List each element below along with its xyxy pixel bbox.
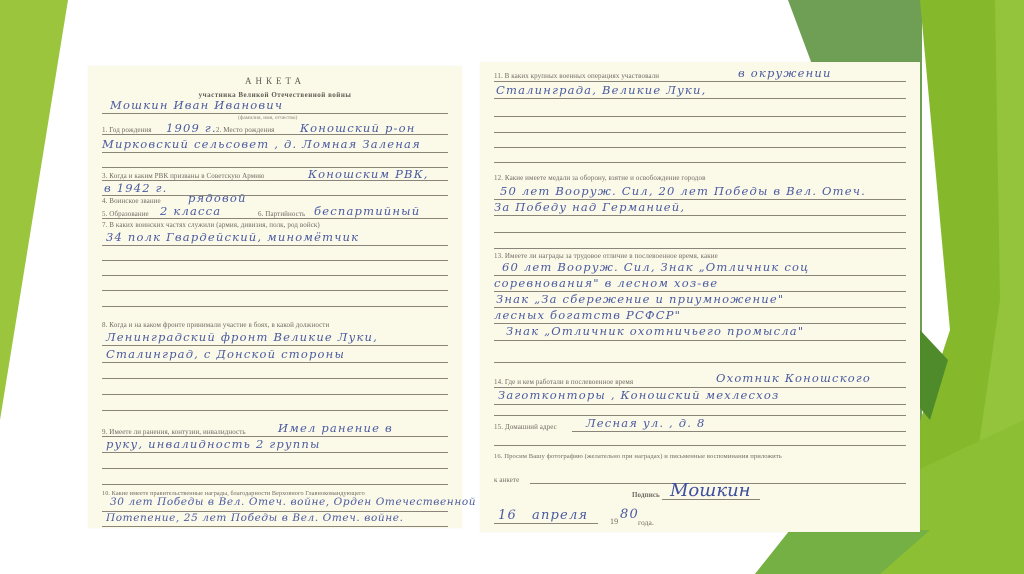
name-caption: (фамилия, имя, отчество) [238, 115, 297, 121]
rule [494, 523, 598, 524]
field-label-labor-awards: 13. Имеете ли награды за трудовое отличи… [494, 252, 718, 260]
date-suffix: года. [638, 518, 654, 527]
rule [494, 147, 906, 148]
rule [102, 290, 448, 291]
date-month: апреля [532, 508, 588, 523]
date-day: 16 [498, 508, 517, 523]
rule [494, 215, 906, 216]
rule [494, 81, 906, 82]
field-value-wounds: Имел ранение в [278, 421, 393, 435]
field-value-birthplace-cont: Мирковский сельсовет , д. Ломная Заленая [102, 137, 421, 151]
rule [102, 484, 448, 485]
rule [494, 132, 906, 133]
signature: Мошкин [670, 480, 751, 501]
rule [102, 345, 448, 346]
field-label-birth-year: 1. Год рождения [102, 126, 152, 134]
rule [494, 445, 906, 446]
rule [662, 499, 760, 500]
rule [494, 98, 906, 99]
rule [572, 431, 906, 432]
field-value-front: Ленинградский фронт Великие Луки, [106, 330, 378, 344]
field-value-wounds-cont: руку, инвалидность 2 группы [106, 437, 321, 451]
rule [494, 404, 906, 405]
field-value-conscription: Коношским РВК, [308, 167, 429, 181]
field-value-medals-cont: За Победу над Германией, [494, 200, 685, 214]
field-label-photo-request: 16. Просим Вашу фотографию (желательно п… [494, 453, 782, 460]
field-label-rank: 4. Воинское звание [102, 197, 161, 205]
field-label-wounds: 9. Имеете ли ранения, контузии, инвалидн… [102, 428, 246, 436]
rule [102, 362, 448, 363]
rule [102, 378, 448, 379]
field-value-conscription-year: в 1942 г. [104, 181, 168, 195]
field-label-front: 8. Когда и на каком фронте принимали уча… [102, 321, 329, 329]
field-value-awards-cont: Потепение, 25 лет Победы в Вел. Отеч. во… [106, 512, 404, 524]
field-label-medals: 12. Какие имеете медали за оборону, взят… [494, 174, 705, 182]
field-value-operations-cont: Сталинграда, Великие Луки, [496, 83, 706, 97]
field-value-labor-awards: 60 лет Вооруж. Сил, Знак „Отличник соц [502, 260, 809, 274]
questionnaire-page-1: АНКЕТА участника Великой Отечественной в… [88, 66, 462, 528]
rule [102, 275, 448, 276]
left-green-wedge [0, 0, 68, 420]
field-label-units: 7. В каких воинских частях служили (арми… [102, 221, 320, 229]
field-value-operations: в окружении [738, 66, 832, 80]
field-value-party: беспартийный [314, 204, 420, 218]
rule [102, 134, 448, 135]
rule [494, 116, 906, 117]
rule [102, 468, 448, 469]
field-value-labor-awards-3: Знак „За сбережение и приумножение" [496, 292, 784, 306]
rule [102, 245, 448, 246]
field-label-birthplace: 2. Место рождения [216, 126, 274, 134]
field-value-units: 34 полк Гвардейский, миномётчик [106, 230, 359, 244]
questionnaire-page-2: 11. В каких крупных военных операциях уч… [480, 62, 920, 532]
rule [102, 306, 448, 307]
field-value-awards: 30 лет Победы в Вел. Отеч. войне, Орден … [110, 496, 476, 508]
field-label-operations: 11. В каких крупных военных операциях уч… [494, 72, 659, 80]
field-value-home-address: Лесная ул. , д. 8 [586, 416, 705, 430]
field-value-labor-awards-2: соревнования" в лесном хоз-ве [494, 276, 718, 290]
field-value-rank: рядовой [188, 191, 247, 205]
rule [102, 410, 448, 411]
form-title: АНКЕТА [88, 76, 462, 86]
rule [102, 113, 448, 114]
field-label-postwar-work: 14. Где и кем работали в послевоенное вр… [494, 378, 633, 386]
field-value-birthplace: Коношский р-он [300, 121, 416, 135]
field-value-education: 2 класса [160, 204, 221, 218]
field-label-party: 6. Партийность [258, 210, 305, 218]
rule [494, 340, 906, 341]
field-label-home-address: 15. Домашний адрес [494, 423, 557, 431]
date-year-suffix: 80 [620, 507, 639, 522]
rule [102, 260, 448, 261]
full-name-handwritten: Мошкин Иван Иванович [110, 98, 283, 112]
rule [102, 452, 448, 453]
field-value-labor-awards-5: Знак „Отличник охотничьего промысла" [506, 324, 804, 338]
rule [494, 248, 906, 249]
rule [494, 232, 906, 233]
field-label-attach: к анкете [494, 476, 519, 484]
signature-label: Подпись [632, 491, 660, 499]
rule [494, 362, 906, 363]
rule [102, 195, 448, 196]
rule [102, 152, 448, 153]
field-value-front-cont: Сталинград, с Донской стороны [106, 347, 345, 361]
date-year-prefix: 19 [610, 517, 618, 526]
field-value-birth-year: 1909 г. [166, 121, 217, 135]
field-value-medals: 50 лет Вооруж. Сил, 20 лет Победы в Вел.… [500, 184, 866, 198]
field-value-postwar-work: Охотник Коношского [716, 371, 871, 385]
rule [494, 162, 906, 163]
field-value-postwar-work-cont: Заготконторы , Коношский мехлесхоз [498, 388, 779, 402]
field-label-education: 5. Образование [102, 210, 149, 218]
rule [102, 526, 448, 527]
field-value-labor-awards-4: лесных богатств РСФСР" [494, 308, 681, 322]
rule [102, 218, 448, 219]
rule [102, 394, 448, 395]
field-label-conscription: 3. Когда и каким РВК призваны в Советску… [102, 172, 264, 180]
